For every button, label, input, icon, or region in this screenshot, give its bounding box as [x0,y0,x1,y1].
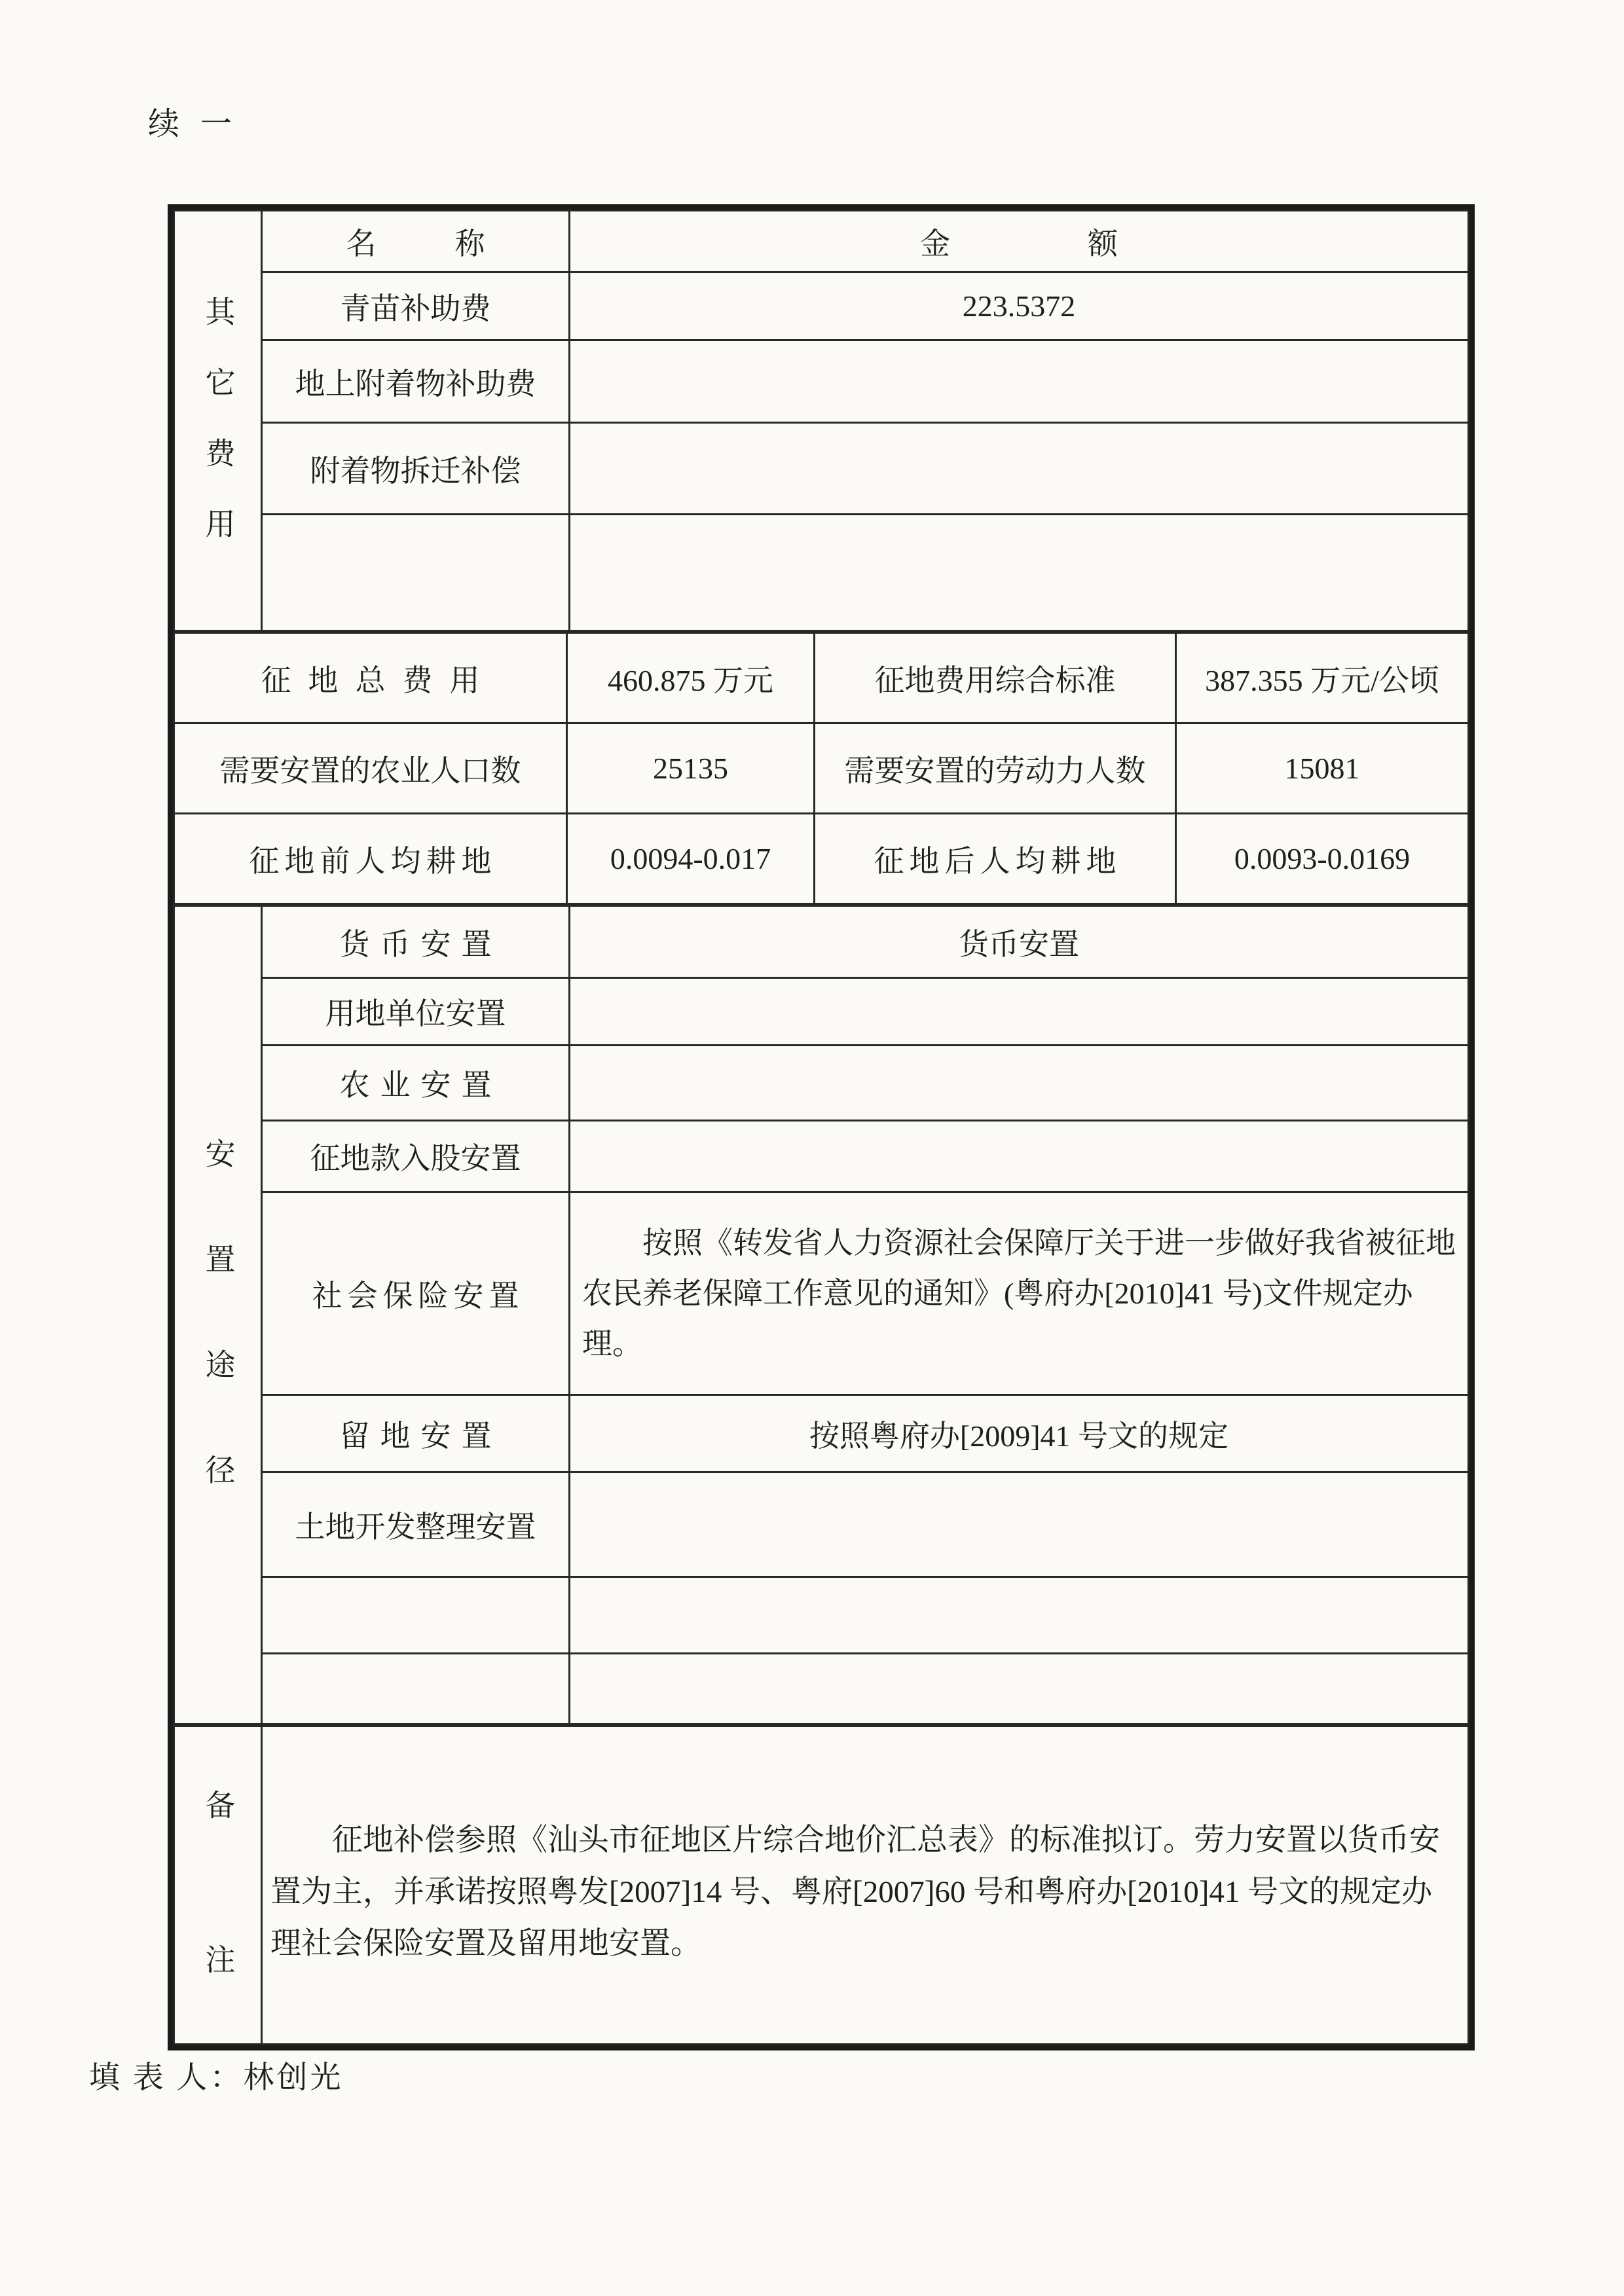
table-row [174,1577,1469,1654]
table-row [174,1654,1469,1724]
form-filler-line: 填 表 人：林创光 [89,2053,344,2097]
fee-amount-cell [570,340,1469,423]
channel-label-cell: 留地安置 [262,1395,570,1472]
summary-value-cell: 25135 [567,723,815,814]
channel-label-cell: 征地款入股安置 [262,1121,570,1192]
other-fees-section: 其它费用 名称 金额 青苗补助费 223.5372 地上附着物补助费 附着物拆迁… [173,210,1469,632]
table-row [174,515,1469,631]
resettlement-side-label: 安置途径 [196,1138,240,1559]
table-row: 社会保险安置 按照《转发省人力资源社会保障厅关于进一步做好我省被征地农民养老保障… [174,1192,1469,1395]
summary-label-cell: 征地费用综合标准 [815,633,1176,723]
fee-amount-cell [570,515,1469,631]
remarks-side-label: 备注 [196,1789,240,2045]
summary-value-cell: 0.0094-0.017 [567,814,815,904]
other-fees-side-label: 其它费用 [196,296,240,579]
amount-column-header: 金额 [570,211,1469,272]
social-insurance-text: 按照《转发省人力资源社会保障厅关于进一步做好我省被征地农民养老保障工作意见的通知… [582,1218,1463,1369]
fee-name-cell: 地上附着物补助费 [262,340,570,423]
summary-value-cell: 460.875 万元 [567,633,815,723]
table-row: 安置途径 货币安置 货币安置 [174,906,1469,978]
summary-label-cell: 征地总费用 [174,633,567,723]
summary-value-cell: 0.0093-0.0169 [1176,814,1469,904]
remarks-text-cell: 征地补偿参照《汕头市征地区片综合地价汇总表》的标准拟订。劳力安置以货币安置为主，… [262,1726,1469,2045]
other-fees-side-cell: 其它费用 [174,211,262,631]
channel-value-cell [570,1472,1469,1577]
fee-name-cell [262,515,570,631]
table-row: 备注 征地补偿参照《汕头市征地区片综合地价汇总表》的标准拟订。劳力安置以货币安置… [174,1726,1469,2045]
name-column-header: 名称 [262,211,570,272]
table-row: 留地安置 按照粤府办[2009]41 号文的规定 [174,1395,1469,1472]
table-row: 征地款入股安置 [174,1121,1469,1192]
fee-name-cell: 青苗补助费 [262,272,570,340]
channel-value-cell [570,1577,1469,1654]
table-row: 农业安置 [174,1046,1469,1121]
table-row: 征地总费用 460.875 万元 征地费用综合标准 387.355 万元/公顷 [174,633,1469,723]
fee-amount-cell: 223.5372 [570,272,1469,340]
remarks-text: 征地补偿参照《汕头市征地区片综合地价汇总表》的标准拟订。劳力安置以货币安置为主，… [270,1815,1449,1970]
continuation-label: 续 一 [148,98,238,143]
channel-label-cell: 用地单位安置 [262,978,570,1046]
summary-label-cell: 需要安置的劳动力人数 [815,723,1176,814]
remarks-side-cell: 备注 [174,1726,262,2045]
channel-value-cell: 货币安置 [570,906,1469,978]
resettlement-section: 安置途径 货币安置 货币安置 用地单位安置 农业安置 征地款入股安置 社会保险安… [173,905,1469,1725]
channel-value-cell [570,1046,1469,1121]
channel-label-cell: 农业安置 [262,1046,570,1121]
table-row: 地上附着物补助费 [174,340,1469,423]
land-acquisition-table: 其它费用 名称 金额 青苗补助费 223.5372 地上附着物补助费 附着物拆迁… [168,204,1475,2050]
scanned-form-page: 续 一 其它费用 名称 金额 青苗补助费 223.5372 地上附着物补助费 附… [0,0,1624,2296]
summary-value-cell: 387.355 万元/公顷 [1176,633,1469,723]
remarks-section: 备注 征地补偿参照《汕头市征地区片综合地价汇总表》的标准拟订。劳力安置以货币安置… [173,1725,1469,2045]
channel-value-cell: 按照粤府办[2009]41 号文的规定 [570,1395,1469,1472]
table-row: 需要安置的农业人口数 25135 需要安置的劳动力人数 15081 [174,723,1469,814]
resettlement-side-cell: 安置途径 [174,906,262,1724]
channel-label-cell: 货币安置 [262,906,570,978]
fee-name-cell: 附着物拆迁补偿 [262,423,570,515]
table-row: 土地开发整理安置 [174,1472,1469,1577]
channel-label-cell: 土地开发整理安置 [262,1472,570,1577]
table-row: 其它费用 名称 金额 [174,211,1469,272]
channel-value-cell [570,1654,1469,1724]
channel-label-cell [262,1654,570,1724]
table-row: 征地前人均耕地 0.0094-0.017 征地后人均耕地 0.0093-0.01… [174,814,1469,904]
channel-value-cell [570,1121,1469,1192]
channel-label-cell: 社会保险安置 [262,1192,570,1395]
summary-label-cell: 征地后人均耕地 [815,814,1176,904]
summary-value-cell: 15081 [1176,723,1469,814]
channel-label-cell [262,1577,570,1654]
table-row: 用地单位安置 [174,978,1469,1046]
summary-label-cell: 需要安置的农业人口数 [174,723,567,814]
channel-value-cell: 按照《转发省人力资源社会保障厅关于进一步做好我省被征地农民养老保障工作意见的通知… [570,1192,1469,1395]
channel-value-cell [570,978,1469,1046]
table-row: 附着物拆迁补偿 [174,423,1469,515]
summary-label-cell: 征地前人均耕地 [174,814,567,904]
summary-section: 征地总费用 460.875 万元 征地费用综合标准 387.355 万元/公顷 … [173,632,1469,905]
table-row: 青苗补助费 223.5372 [174,272,1469,340]
fee-amount-cell [570,423,1469,515]
